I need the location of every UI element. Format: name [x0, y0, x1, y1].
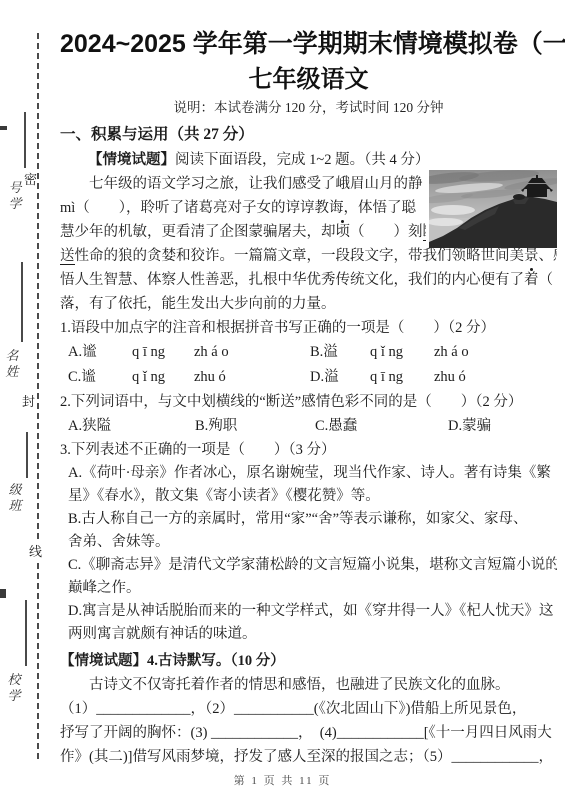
passage-line: 落，有了依托，能生发出大步向前的力量。	[60, 292, 557, 316]
option-c-line: 巅峰之作。	[68, 577, 557, 600]
dotted-char: 顷	[336, 224, 351, 240]
question-4-heading: 【情境试题】4.古诗默写。（10 分）	[60, 649, 557, 673]
option-b-line: 舍弟、舍妹等。	[68, 531, 557, 554]
option-a-pinyin-2: zh á o	[194, 340, 310, 365]
question-3-options: A.《荷叶·母亲》作者冰心，原名谢婉莹，现当代作家、诗人。著有诗集《繁 星》《春…	[60, 462, 557, 646]
question-1-options-row: C.谧 q ǐ ng zhu ó D.溢 q ī ng zhu ó	[60, 365, 557, 390]
option-c: C.愚蠢	[315, 414, 448, 438]
student-id-label: 号 学	[6, 180, 24, 212]
option-c-pinyin-1: q ǐ ng	[132, 365, 194, 390]
passage-line: 七年级的语文学习之旅，让我们感受了峨眉山月的静	[60, 172, 426, 196]
question-4-blank-line: （1）_____________，（2）___________(《次北固山下》)…	[60, 697, 557, 721]
passage-text: 慧少年的机敏，更看清了企图蒙骗屠夫，却	[60, 224, 336, 240]
option-a-line: 星》《春水》，散文集《寄小读者》《樱花赞》等。	[68, 485, 557, 508]
seal-char-feng: 封	[22, 390, 35, 411]
passage-text: （ ）刻	[350, 224, 423, 240]
passage-text: 悟人生智慧、体察人性善恶，扎根中华优秀传统文化，我们的内心便有了	[60, 272, 524, 288]
scan-artifact	[0, 589, 6, 598]
seal-char-xian: 线	[29, 540, 42, 561]
underlined-char: 断	[423, 224, 427, 241]
seal-char-mi: 密	[24, 168, 37, 189]
question-3-stem: 3.下列表述不正确的一项是（ ）（3 分）	[60, 438, 557, 462]
section-heading: 一、积累与运用（共 27 分）	[60, 122, 557, 148]
option-d-pinyin-2: zhu ó	[434, 365, 557, 390]
scenario-tag: 【情境试题】	[88, 152, 175, 168]
dotted-char: 着	[524, 272, 539, 288]
passage-text: （ ）	[539, 272, 558, 288]
exam-page: 2024~2025 学年第一学期期末情境模拟卷（一） 七年级语文 说明：本试卷满…	[60, 26, 557, 769]
student-id-blank-line	[24, 112, 26, 176]
question-4-intro: 古诗文不仅寄托着作者的情思和感悟，也融进了民族文化的血脉。	[60, 673, 557, 697]
option-a-line: A.《荷叶·母亲》作者冰心，原名谢婉莹，现当代作家、诗人。著有诗集《繁	[68, 462, 557, 485]
option-b: B.殉职	[195, 414, 315, 438]
question-4-title: 4.古诗默写。（10 分）	[147, 653, 285, 669]
page-number: 第 1 页 共 11 页	[0, 772, 565, 788]
school-label: 校 学	[5, 672, 23, 704]
name-blank-line	[21, 262, 23, 342]
exam-note: 说明：本试卷满分 120 分，考试时间 120 分钟	[60, 98, 557, 118]
scenario-tag: 【情境试题】	[60, 653, 147, 669]
option-a-pinyin-1: q ī ng	[132, 340, 194, 365]
option-d-line: 两则寓言就颇有神话的味道。	[68, 623, 557, 646]
option-b: B.溢	[310, 340, 370, 365]
option-b-pinyin-1: q ǐ ng	[370, 340, 434, 365]
emei-mountain-photo-art	[429, 170, 557, 248]
passage-line: mì（ ），聆听了诸葛亮对子女的谆谆教诲，体悟了聪	[60, 196, 426, 220]
option-d-line: D.寓言是从神话脱胎而来的一种文学样式，如《穿井得一人》《杞人忧天》这	[68, 600, 557, 623]
class-blank-line	[26, 432, 28, 478]
question-2-stem: 2.下列词语中，与文中划横线的“断送”感情色彩不同的是（ ）（2 分）	[60, 390, 557, 414]
option-d: D.溢	[310, 365, 370, 390]
class-label: 级 班	[6, 482, 24, 514]
option-d: D.蒙骗	[448, 414, 557, 438]
option-a: A.狭隘	[68, 414, 195, 438]
question-4-blank-line: 作》(其二)]借写风雨梦境，抒发了感人至深的报国之志；（5）__________…	[60, 745, 557, 769]
exam-title: 2024~2025 学年第一学期期末情境模拟卷（一）	[60, 26, 557, 62]
question-4-blank-line: 抒写了开阔的胸怀：(3) ____________， (4)__________…	[60, 721, 557, 745]
option-c: C.谧	[68, 365, 132, 390]
option-d-pinyin-1: q ī ng	[370, 365, 434, 390]
question-1-stem: 1.语段中加点字的注音和根据拼音书写正确的一项是（ ）（2 分）	[60, 316, 557, 340]
name-label: 名 姓	[3, 348, 21, 380]
reading-prompt: 【情境试题】阅读下面语段，完成 1~2 题。（共 4 分）	[60, 148, 557, 172]
passage-line: 悟人生智慧、体察人性善恶，扎根中华优秀传统文化，我们的内心便有了着（ ）	[60, 268, 557, 292]
option-b-pinyin-2: zh á o	[434, 340, 557, 365]
exam-subtitle: 七年级语文	[60, 62, 557, 98]
seal-dashed-line	[37, 33, 39, 759]
passage-text: 性命的狼的贪婪和狡诈。一篇篇文章，一段段文字，带我们领略世间美景、感	[75, 248, 558, 264]
emei-mountain-photo	[429, 170, 557, 248]
reading-passage: 七年级的语文学习之旅，让我们感受了峨眉山月的静 mì（ ），聆听了诸葛亮对子女的…	[60, 172, 557, 316]
question-2-options-row: A.狭隘 B.殉职 C.愚蠢 D.蒙骗	[60, 414, 557, 438]
passage-line: 慧少年的机敏，更看清了企图蒙骗屠夫，却顷（ ）刻断	[60, 220, 426, 244]
scan-artifact	[0, 126, 7, 130]
option-c-pinyin-2: zhu ó	[194, 365, 310, 390]
option-c-line: C.《聊斋志异》是清代文学家蒲松龄的文言短篇小说集，堪称文言短篇小说的	[68, 554, 557, 577]
school-blank-line	[25, 600, 27, 666]
reading-prompt-text: 阅读下面语段，完成 1~2 题。（共 4 分）	[175, 152, 429, 168]
underlined-char: 送	[60, 248, 75, 265]
option-a: A.谧	[68, 340, 132, 365]
option-b-line: B.古人称自己一方的亲属时，常用“家”“舍”等表示谦称，如家父、家母、	[68, 508, 557, 531]
question-1-options-row: A.谧 q ī ng zh á o B.溢 q ǐ ng zh á o	[60, 340, 557, 365]
